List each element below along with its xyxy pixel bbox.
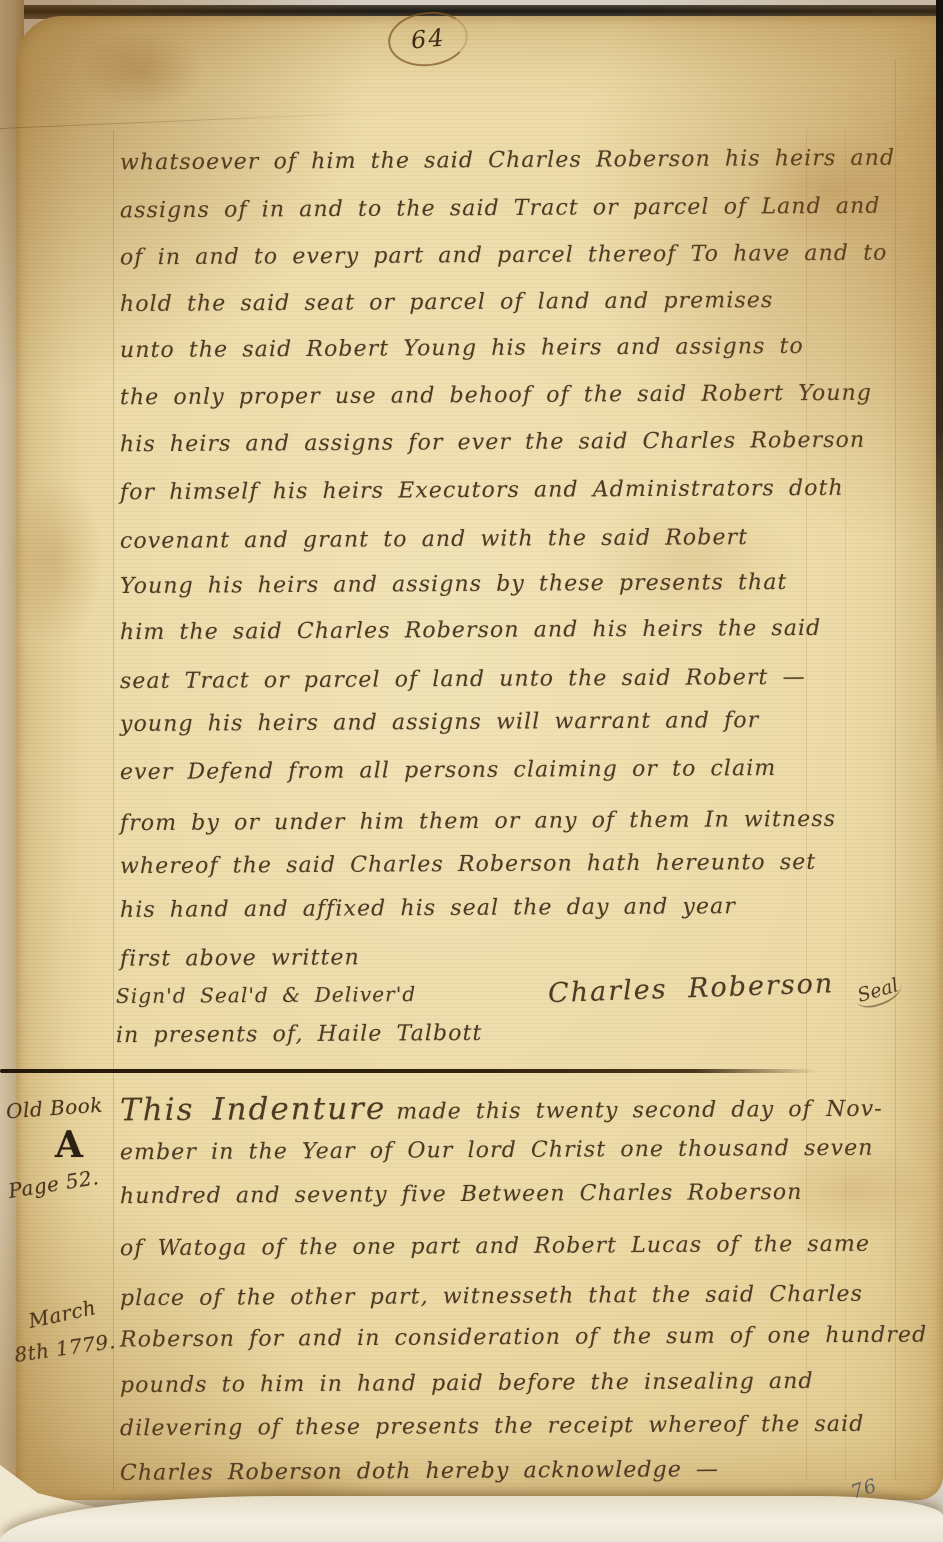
manuscript-line: covenant and grant to and with the said … <box>120 525 748 554</box>
indenture-opening-words: This Indenture <box>120 1091 386 1129</box>
attestation-signed-line: Sign'd Seal'd & Deliver'd <box>116 982 416 1008</box>
manuscript-line: Young his heirs and assigns by these pre… <box>120 570 788 599</box>
manuscript-line: for himself his heirs Executors and Admi… <box>120 476 844 505</box>
manuscript-line: dilevering of these presents the receipt… <box>120 1412 865 1442</box>
manuscript-line: hundred and seventy five Between Charles… <box>120 1180 803 1209</box>
manuscript-line: of Watoga of the one part and Robert Luc… <box>120 1232 870 1262</box>
attestation-witness-line: in presents of, Haile Talbott <box>116 1021 483 1048</box>
manuscript-line: hold the said seat or parcel of land and… <box>120 288 773 317</box>
manuscript-line: pounds to him in hand paid before the in… <box>120 1369 814 1398</box>
manuscript-line: first above written <box>120 945 360 971</box>
manuscript-line: ever Defend from all persons claiming or… <box>120 756 776 785</box>
manuscript-line: the only proper use and behoof of the sa… <box>120 381 872 411</box>
manuscript-line: his hand and affixed his seal the day an… <box>120 894 736 923</box>
manuscript-line: Charles Roberson doth hereby acknowledge… <box>120 1457 719 1486</box>
manuscript-line: his heirs and assigns for ever the said … <box>120 428 865 458</box>
manuscript-line: assigns of in and to the said Tract or p… <box>120 194 881 224</box>
manuscript-line: Roberson for and in consideration of the… <box>120 1323 927 1353</box>
manuscript-line: unto the said Robert Young his heirs and… <box>120 334 804 363</box>
manuscript-line: whatsoever of him the said Charles Rober… <box>120 146 895 176</box>
page-number: 64 <box>410 24 447 55</box>
manuscript-line: seat Tract or parcel of land unto the sa… <box>120 665 806 694</box>
manuscript-line: young his heirs and assigns will warrant… <box>120 708 759 737</box>
manuscript-line: of in and to every part and parcel there… <box>120 241 888 271</box>
entry-divider-rule <box>0 1069 818 1073</box>
margin-note-book-letter: A <box>55 1124 83 1166</box>
scan-right-edge <box>936 0 943 780</box>
manuscript-line-opening: This Indenturemade this twenty second da… <box>120 1088 883 1129</box>
deed-book-scan: 64 whatsoever of him the said Charles Ro… <box>0 0 943 1542</box>
manuscript-line: from by or under him them or any of them… <box>120 807 836 836</box>
manuscript-line: whereof the said Charles Roberson hath h… <box>120 850 816 879</box>
manuscript-line: him the said Charles Roberson and his he… <box>120 616 821 645</box>
manuscript-line: place of the other part, witnesseth that… <box>120 1282 863 1312</box>
manuscript-line: ember in the Year of Our lord Christ one… <box>120 1136 874 1166</box>
manuscript-line: made this twenty second day of Nov- <box>396 1097 883 1125</box>
next-page-edge <box>0 1496 943 1542</box>
